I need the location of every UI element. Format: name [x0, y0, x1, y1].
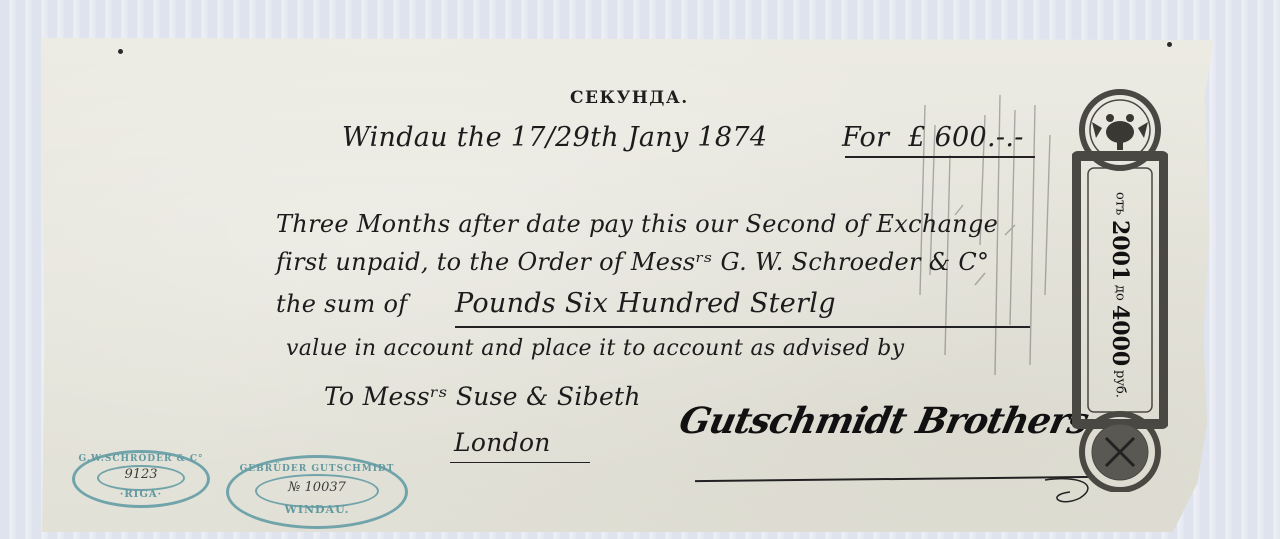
- body-line-2: first unpaid, to the Order of Messʳˢ G. …: [276, 248, 989, 276]
- place-date-line: Windau the 17/29th Jany 1874: [342, 122, 767, 153]
- stamp-bottom-text: ·RIGA·: [75, 489, 207, 500]
- addressee-line-1: To Messʳˢ Suse & Sibeth: [324, 382, 641, 411]
- stamp-top-text: G.W.SCHRÖDER & C°: [75, 454, 207, 464]
- sum-in-words: Pounds Six Hundred Sterlg: [455, 288, 836, 319]
- sum-underline: [455, 326, 1030, 328]
- stamp-number: № 10037: [229, 480, 405, 495]
- schroder-riga-stamp: G.W.SCHRÖDER & C° 9123 ·RIGA·: [72, 450, 210, 508]
- addressee-flourish: [450, 462, 590, 463]
- stamp-to-label: до: [1113, 285, 1128, 301]
- stamp-to-value: 4000: [1107, 305, 1133, 366]
- stamp-from-label: отъ: [1113, 192, 1128, 215]
- stamp-currency: руб.: [1113, 370, 1128, 398]
- for-label: For: [842, 122, 889, 153]
- stamp-from-value: 2001: [1107, 220, 1133, 281]
- document-heading: СЕКУНДА.: [570, 88, 689, 108]
- pin-hole-left: [118, 49, 123, 54]
- stamp-top-text: GEBRÜDER GUTSCHMIDT: [229, 464, 405, 474]
- sum-of-label: the sum of: [276, 290, 407, 318]
- stamp-bottom-text: WINDAU.: [229, 503, 405, 516]
- gutschmidt-windau-stamp: GEBRÜDER GUTSCHMIDT № 10037 WINDAU.: [226, 455, 408, 529]
- stamp-number: 9123: [75, 467, 207, 482]
- pin-hole-right: [1167, 42, 1172, 47]
- addressee-line-2: London: [454, 428, 551, 457]
- signature: Gutschmidt Brothers: [676, 400, 1092, 442]
- pencil-annotations: [915, 95, 1065, 395]
- revenue-stamp-denomination: отъ 2001 до 4000 руб.: [1100, 200, 1140, 390]
- double-headed-eagle-icon: [1092, 114, 1148, 150]
- body-line-1: Three Months after date pay this our Sec…: [276, 210, 998, 238]
- body-line-4: value in account and place it to account…: [286, 336, 904, 361]
